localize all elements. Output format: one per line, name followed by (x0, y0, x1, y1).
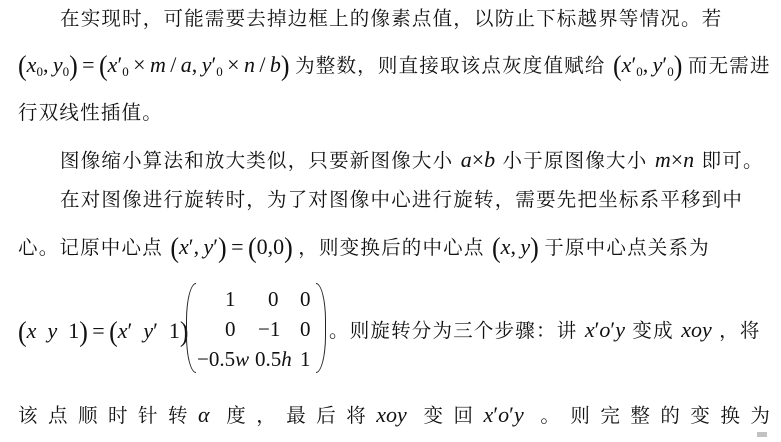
orig-size-formula: m×n (655, 147, 694, 172)
xoy-formula-2: xoy (376, 402, 407, 427)
paragraph-3-text-b: ，则变换后的中心点 (298, 236, 484, 259)
origin-formula: (x′, y′) = (0,0) (170, 234, 298, 259)
becomes-text: 变成 (632, 319, 673, 342)
equation-rhs-text: 。则旋转分为三个步骤：讲 x′o′y 变成 xoy ，将 (329, 319, 761, 341)
matrix-cell: −0.5w (197, 349, 249, 370)
xoy-prime-formula: x′o′y (585, 317, 625, 342)
paragraph-1-text-integer: 为整数，则直接取该点灰度值赋给 (295, 54, 606, 77)
paragraph-2-text-a: 图像缩小算法和放大类似，只要新图像大小 (60, 149, 453, 172)
rotation-steps-text: 。则旋转分为三个步骤：讲 (329, 319, 577, 342)
row-vector-equation: (x y 1) = (x′ y′ 1) (18, 318, 189, 343)
xoy-formula: xoy (681, 317, 712, 342)
paragraph-2-text-c: 即可。 (702, 149, 764, 172)
paragraph-3-text-a: 心。记原中心点 (18, 236, 163, 259)
degree-text: 度，最后将 (226, 404, 376, 427)
paragraph-1-line-2: (x0, y0) = (x′0 × m / a, y′0 × n / b) 为整… (18, 53, 771, 79)
complete-transform-text: 。则完整的变换为： (540, 404, 781, 427)
xoy-prime-formula-2: x′o′y (484, 402, 524, 427)
then-text: ，将 (719, 319, 760, 342)
matrix-cell: 0 (268, 289, 279, 310)
paragraph-1-line-3: 行双线性插值。 (18, 103, 163, 123)
watermark-icon (757, 432, 767, 437)
matrix-cell: 0 (225, 319, 236, 340)
equation-lhs: (x y 1) = (x′ y′ 1) (18, 319, 189, 345)
paragraph-3-text-c: 于原中心点关系为 (544, 236, 710, 259)
alpha-symbol: α (198, 402, 210, 427)
paragraph-2-text-b: 小于原图像大小 (503, 149, 648, 172)
paragraph-3-line-2: 心。记原中心点 (x′, y′) = (0,0) ，则变换后的中心点 (x, y… (18, 235, 710, 261)
center-formula: (x, y) (492, 234, 544, 259)
back-text: 变回 (424, 404, 484, 427)
matrix-cell: 0 (300, 289, 311, 310)
matrix-right-bracket (316, 283, 326, 373)
matrix-cell: 0 (300, 319, 311, 340)
matrix-cell: 1 (300, 349, 311, 370)
paragraph-3-line-1: 在对图像进行旋转时，为了对图像中心进行旋转，需要先把坐标系平移到中 (60, 190, 743, 210)
matrix-cell: 0.5h (255, 349, 292, 370)
target-point-formula: (x′0, y′0) (613, 52, 688, 77)
matrix-cell: −1 (258, 319, 280, 340)
new-size-formula: a×b (461, 147, 495, 172)
rotate-text: 该点顺时针转 (18, 404, 198, 427)
last-line: 该点顺时针转α 度，最后将xoy 变回x′o′y 。则完整的变换为： (18, 404, 781, 426)
matrix-left-bracket (186, 283, 196, 373)
paragraph-1-text-no-interp: 而无需进 (688, 54, 771, 77)
paragraph-1-line-1: 在实现时，可能需要去掉边框上的像素点值，以防止下标越界等情况。若 (60, 9, 722, 29)
paragraph-2: 图像缩小算法和放大类似，只要新图像大小 a×b 小于原图像大小 m×n 即可。 (60, 149, 764, 171)
paragraph-1-text-end: 行双线性插值。 (18, 101, 163, 124)
paragraph-3-text: 在对图像进行旋转时，为了对图像中心进行旋转，需要先把坐标系平移到中 (60, 188, 743, 211)
coordinate-formula: (x0, y0) = (x′0 × m / a, y′0 × n / b) (18, 52, 295, 77)
matrix-cell: 1 (225, 289, 236, 310)
translation-matrix: 1 0 0 0 −1 0 −0.5w 0.5h 1 (186, 283, 326, 375)
paragraph-1-text: 在实现时，可能需要去掉边框上的像素点值，以防止下标越界等情况。若 (60, 7, 722, 30)
